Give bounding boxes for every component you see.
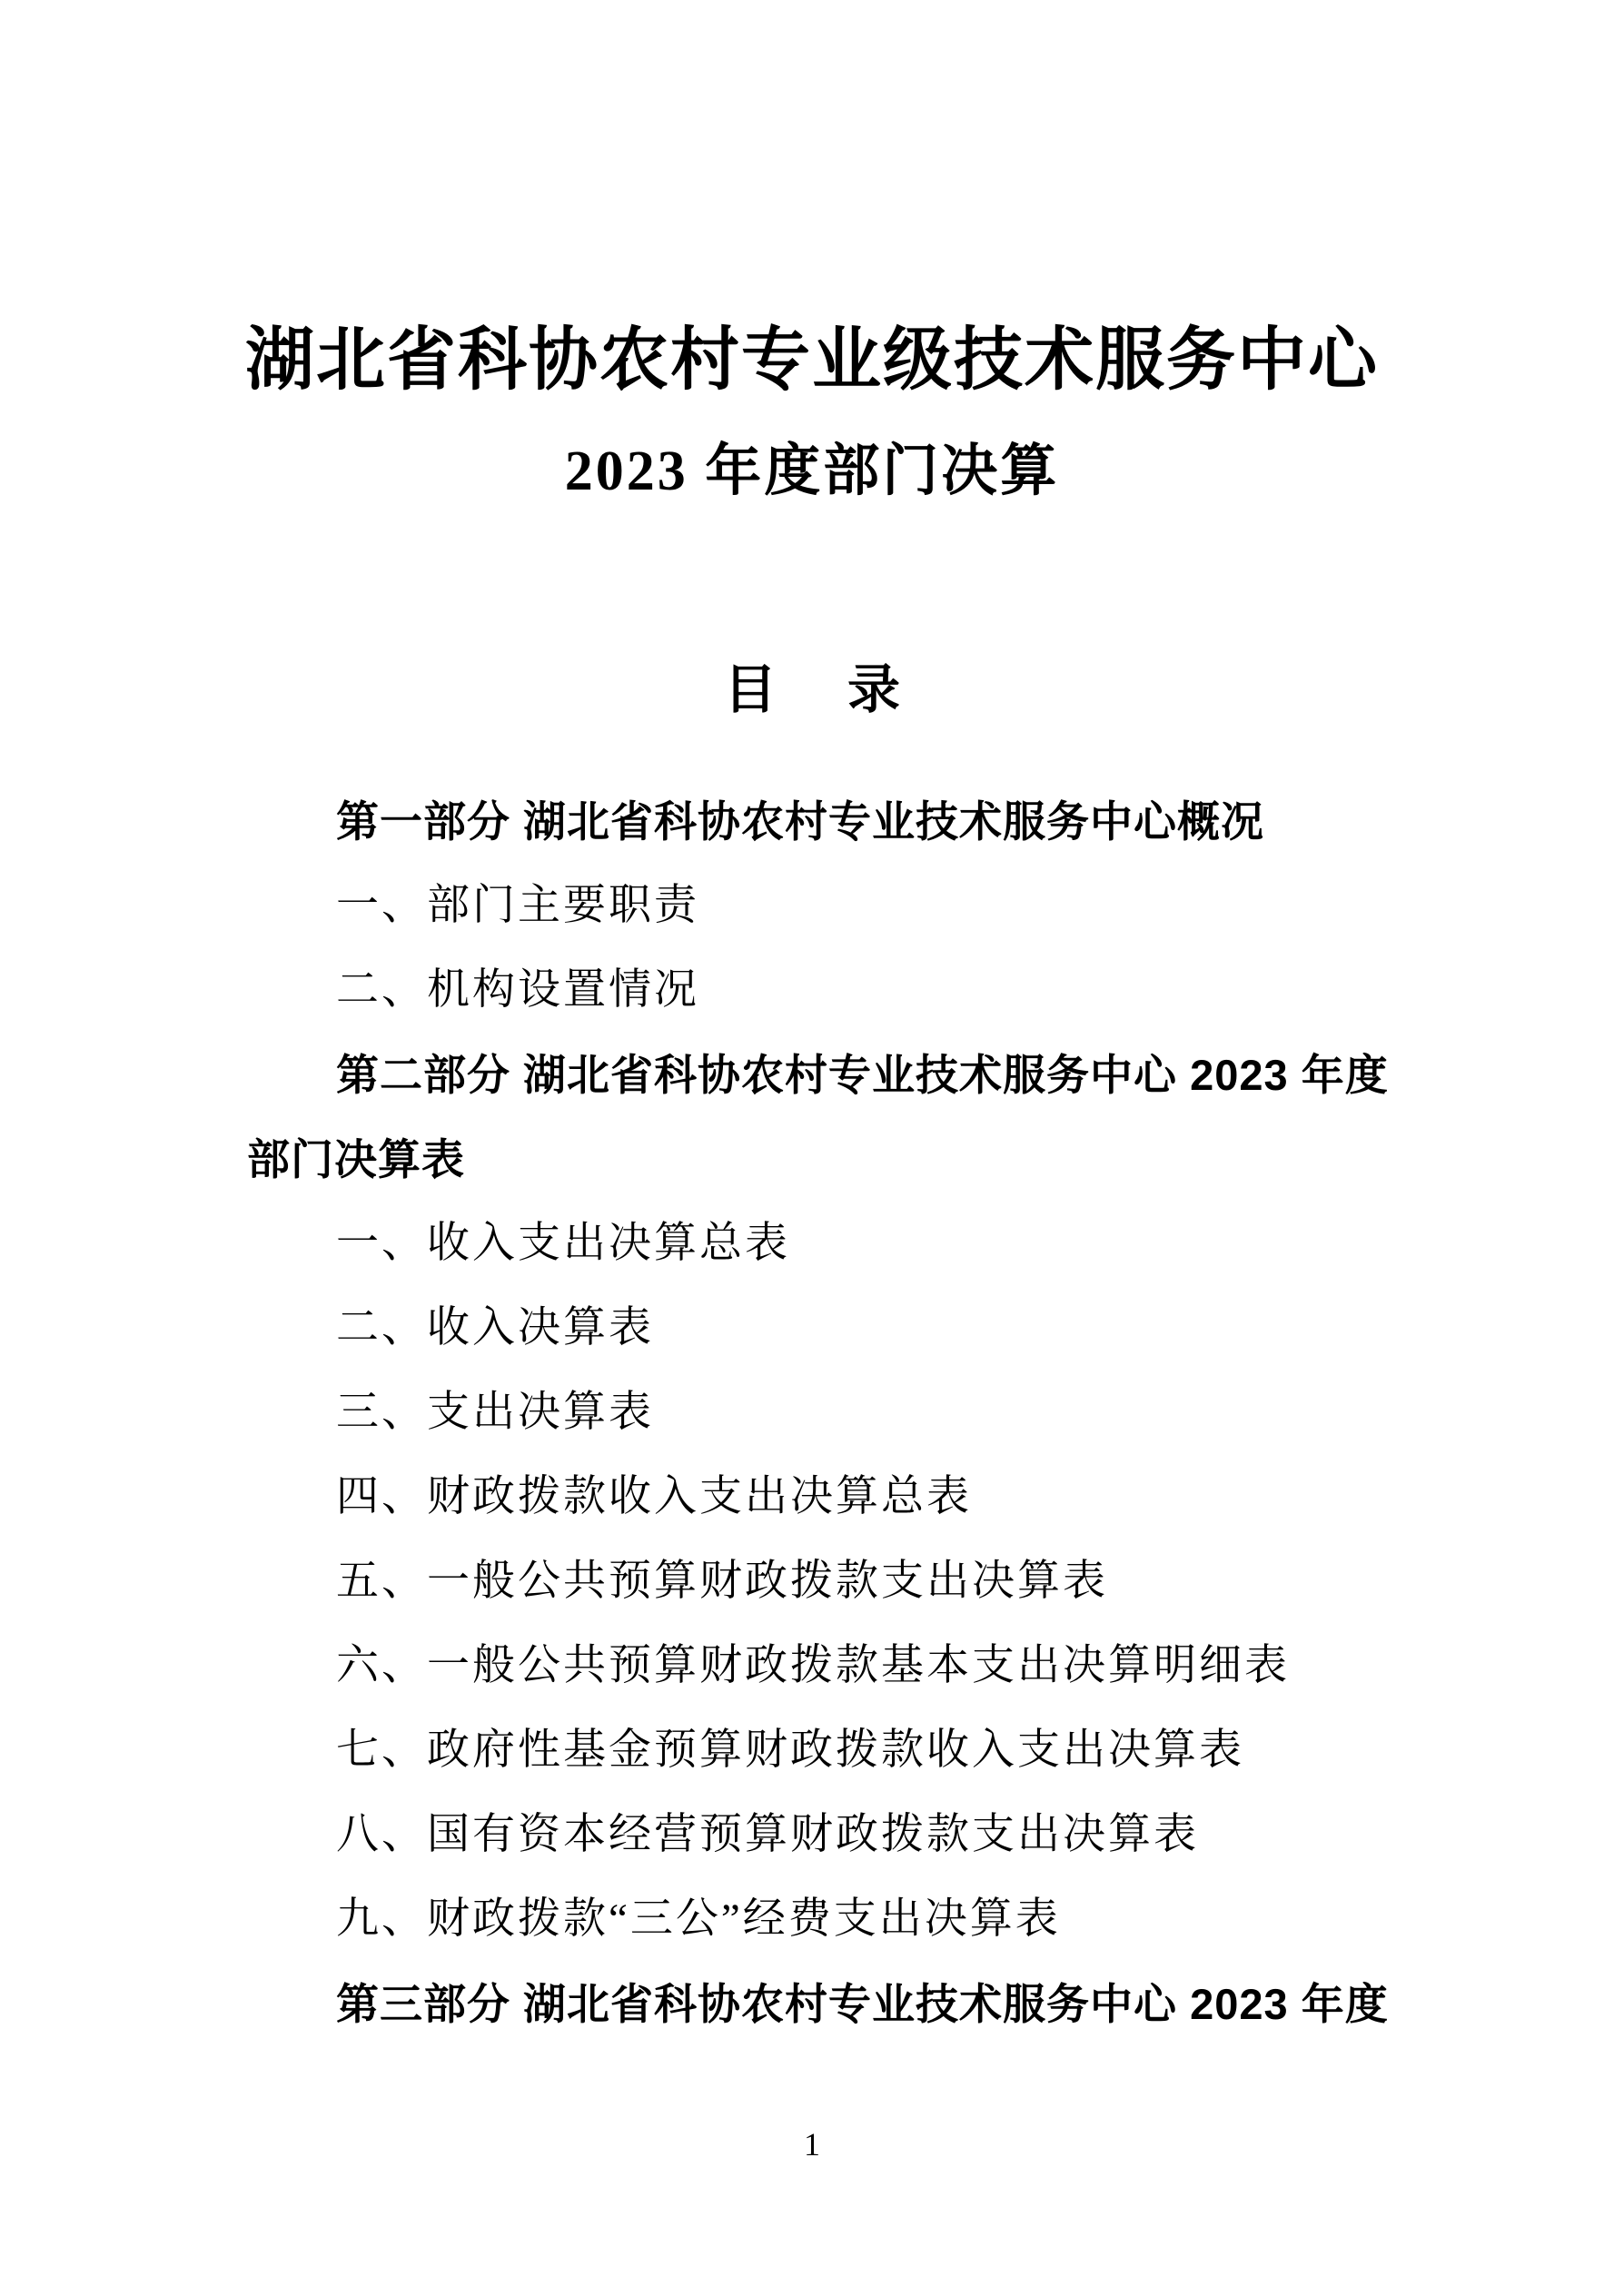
- toc-entry: 九、财政拨款“三公”经费支出决算表: [247, 1877, 1470, 1962]
- document-page: 湖北省科协农村专业级技术服务中心 2023 年度部门决算 目 录 第一部分 湖北…: [0, 0, 1624, 2296]
- toc-entry-text: 八、国有资本经营预算财政拨款支出决算表: [336, 1811, 1199, 1858]
- toc-list: 第一部分 湖北省科协农村专业技术服务中心概况 一、部门主要职责 二、机构设置情况…: [247, 779, 1470, 2046]
- toc-entry-text: 二、收入决算表: [336, 1304, 654, 1351]
- toc-entry: 第一部分 湖北省科协农村专业技术服务中心概况: [247, 779, 1470, 864]
- toc-entry: 三、支出决算表: [247, 1371, 1470, 1455]
- toc-entry-text: 六、一般公共预算财政拨款基本支出决算明细表: [336, 1642, 1290, 1689]
- toc-entry: 五、一般公共预算财政拨款支出决算表: [247, 1539, 1470, 1624]
- toc-heading-char-left: 目: [724, 650, 777, 730]
- toc-entry: 一、部门主要职责: [247, 864, 1470, 948]
- toc-entry-text: 二、机构设置情况: [336, 966, 699, 1014]
- toc-entry: 二、收入决算表: [247, 1286, 1470, 1371]
- toc-entry-text: 五、一般公共预算财政拨款支出决算表: [336, 1558, 1108, 1605]
- toc-entry-text: 三、支出决算表: [336, 1389, 654, 1436]
- toc-entry-text: 第三部分 湖北省科协农村专业技术服务中心 2023 年度: [336, 1980, 1389, 2028]
- toc-entry-text: 九、财政拨款“三公”经费支出决算表: [336, 1895, 1061, 1943]
- toc-entry-text: 部门决算表: [247, 1135, 465, 1183]
- toc-heading: 目 录: [0, 650, 1624, 730]
- toc-entry-text: 一、部门主要职责: [336, 882, 699, 929]
- toc-entry: 六、一般公共预算财政拨款基本支出决算明细表: [247, 1624, 1470, 1708]
- toc-entry: 部门决算表: [247, 1117, 1470, 1202]
- toc-entry-text: 一、收入支出决算总表: [336, 1220, 790, 1267]
- document-subtitle: 2023 年度部门决算: [0, 430, 1624, 512]
- toc-entry-text: 四、财政拨款收入支出决算总表: [336, 1473, 972, 1520]
- page-number: 1: [0, 2122, 1624, 2167]
- toc-entry: 二、机构设置情况: [247, 948, 1470, 1033]
- toc-heading-char-right: 录: [847, 650, 900, 730]
- toc-entry: 八、国有资本经营预算财政拨款支出决算表: [247, 1793, 1470, 1877]
- document-title: 湖北省科协农村专业级技术服务中心: [0, 311, 1624, 411]
- toc-entry: 第二部分 湖北省科协农村专业技术服务中心 2023 年度: [247, 1033, 1470, 1117]
- toc-entry-text: 第一部分 湖北省科协农村专业技术服务中心概况: [336, 797, 1264, 846]
- toc-entry: 第三部分 湖北省科协农村专业技术服务中心 2023 年度: [247, 1962, 1470, 2046]
- toc-entry-text: 七、政府性基金预算财政拨款收入支出决算表: [336, 1727, 1244, 1774]
- toc-entry: 一、收入支出决算总表: [247, 1202, 1470, 1286]
- toc-entry-text: 第二部分 湖北省科协农村专业技术服务中心 2023 年度: [336, 1051, 1389, 1099]
- toc-entry: 七、政府性基金预算财政拨款收入支出决算表: [247, 1708, 1470, 1793]
- toc-entry: 四、财政拨款收入支出决算总表: [247, 1455, 1470, 1539]
